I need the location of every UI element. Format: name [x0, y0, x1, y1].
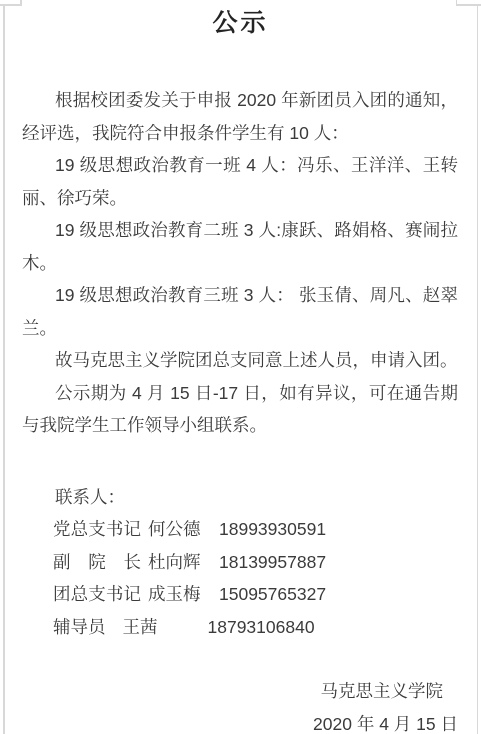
intro-paragraph: 根据校团委发关于申报 2020 年新团员入团的通知，经评选，我院符合申报条件学生… [22, 84, 458, 149]
contact-name: 杜向辉 [148, 546, 210, 579]
contact-row: 副院长杜向辉18139957887 [22, 546, 458, 579]
signature-block: 马克思主义学院 2020 年 4 月 15 日 [22, 675, 458, 734]
signature-date: 2020 年 4 月 15 日 [313, 714, 458, 734]
page-left-border-line [3, 6, 5, 734]
top-left-corner-mark [0, 4, 21, 6]
contact-row: 团总支书记成玉梅15095765327 [22, 578, 458, 611]
contact-role: 团总支书记 [53, 578, 141, 611]
contact-row: 辅导员王茜18793106840 [22, 611, 458, 644]
signature-organization: 马克思主义学院 [321, 681, 444, 701]
top-right-corner-mark [456, 4, 481, 6]
contact-role: 党总支书记 [53, 513, 141, 546]
class-two-list-paragraph: 19 级思想政治教育二班 3 人:康跃、路娟格、赛闹拉木。 [22, 214, 458, 279]
contact-role: 辅导员 [53, 611, 106, 644]
top-right-corner-mark-tick [456, 0, 458, 6]
page-right-border-line [477, 6, 479, 734]
contacts-heading: 联系人： [22, 481, 458, 514]
contact-name: 何公德 [148, 513, 210, 546]
top-left-corner-mark-tick [20, 0, 22, 6]
contact-role: 副院长 [53, 546, 141, 579]
contact-phone: 18139957887 [219, 552, 326, 572]
class-three-list-paragraph: 19 级思想政治教育三班 3 人： 张玉倩、周凡、赵翠兰。 [22, 279, 458, 344]
contact-phone: 18793106840 [208, 617, 315, 637]
contact-name: 成玉梅 [148, 578, 210, 611]
contact-phone: 15095765327 [219, 584, 326, 604]
contact-row: 党总支书记何公德18993930591 [22, 513, 458, 546]
class-one-list-paragraph: 19 级思想政治教育一班 4 人：冯乐、王洋洋、王转丽、徐巧荣。 [22, 149, 458, 214]
approval-paragraph: 故马克思主义学院团总支同意上述人员，申请入团。 [22, 344, 458, 377]
publicity-period-paragraph: 公示期为 4 月 15 日-17 日，如有异议，可在通告期与我院学生工作领导小组… [22, 377, 458, 442]
document-title: 公示 [0, 8, 481, 38]
document-page: 公示 根据校团委发关于申报 2020 年新团员入团的通知，经评选，我院符合申报条… [0, 0, 481, 734]
contact-name: 王茜 [123, 611, 159, 644]
contact-phone: 18993930591 [219, 519, 326, 539]
signature-date-line: 2020 年 4 月 15 日 [22, 708, 458, 734]
document-body: 根据校团委发关于申报 2020 年新团员入团的通知，经评选，我院符合申报条件学生… [0, 84, 481, 734]
signature-organization-line: 马克思主义学院 [22, 675, 458, 708]
